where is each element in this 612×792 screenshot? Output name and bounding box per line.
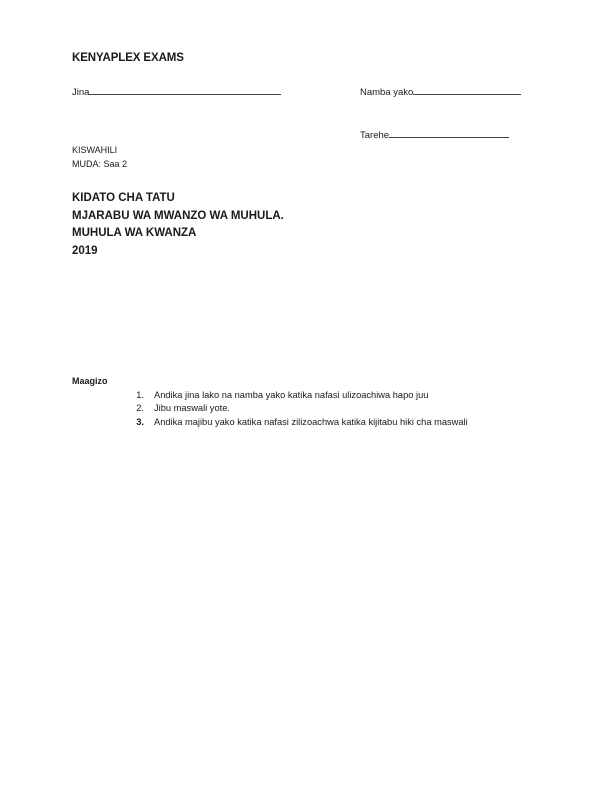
instruction-text: Andika jina lako na namba yako katika na…	[144, 389, 428, 402]
instruction-item: 3. Andika majibu yako katika nafasi zili…	[126, 416, 468, 429]
number-field: Namba yako	[360, 86, 521, 98]
instruction-item: 1. Andika jina lako na namba yako katika…	[126, 389, 468, 402]
instruction-number: 2.	[126, 402, 144, 415]
instruction-number: 3.	[126, 416, 144, 429]
instruction-text: Jibu maswali yote.	[144, 402, 230, 415]
date-label: Tarehe	[360, 130, 389, 141]
name-blank-line[interactable]	[89, 86, 281, 95]
instruction-number: 1.	[126, 389, 144, 402]
number-label: Namba yako	[360, 87, 413, 98]
exam-duration: MUDA: Saa 2	[72, 157, 127, 171]
instruction-text: Andika majibu yako katika nafasi zilizoa…	[144, 416, 468, 429]
instruction-item: 2. Jibu maswali yote.	[126, 402, 468, 415]
name-field: Jina	[72, 86, 281, 98]
subject-name: KISWAHILI	[72, 143, 127, 157]
title-line: 2019	[72, 243, 284, 261]
number-blank-line[interactable]	[413, 86, 521, 95]
brand-title: KENYAPLEX EXAMS	[72, 52, 184, 64]
instructions-title: Maagizo	[72, 376, 108, 386]
instructions-list: 1. Andika jina lako na namba yako katika…	[126, 389, 468, 429]
date-blank-line[interactable]	[389, 129, 509, 138]
date-field: Tarehe	[360, 129, 509, 141]
title-line: KIDATO CHA TATU	[72, 190, 284, 208]
title-line: MJARABU WA MWANZO WA MUHULA.	[72, 208, 284, 226]
exam-title-block: KIDATO CHA TATU MJARABU WA MWANZO WA MUH…	[72, 190, 284, 260]
name-label: Jina	[72, 87, 89, 98]
title-line: MUHULA WA KWANZA	[72, 225, 284, 243]
subject-block: KISWAHILI MUDA: Saa 2	[72, 143, 127, 171]
